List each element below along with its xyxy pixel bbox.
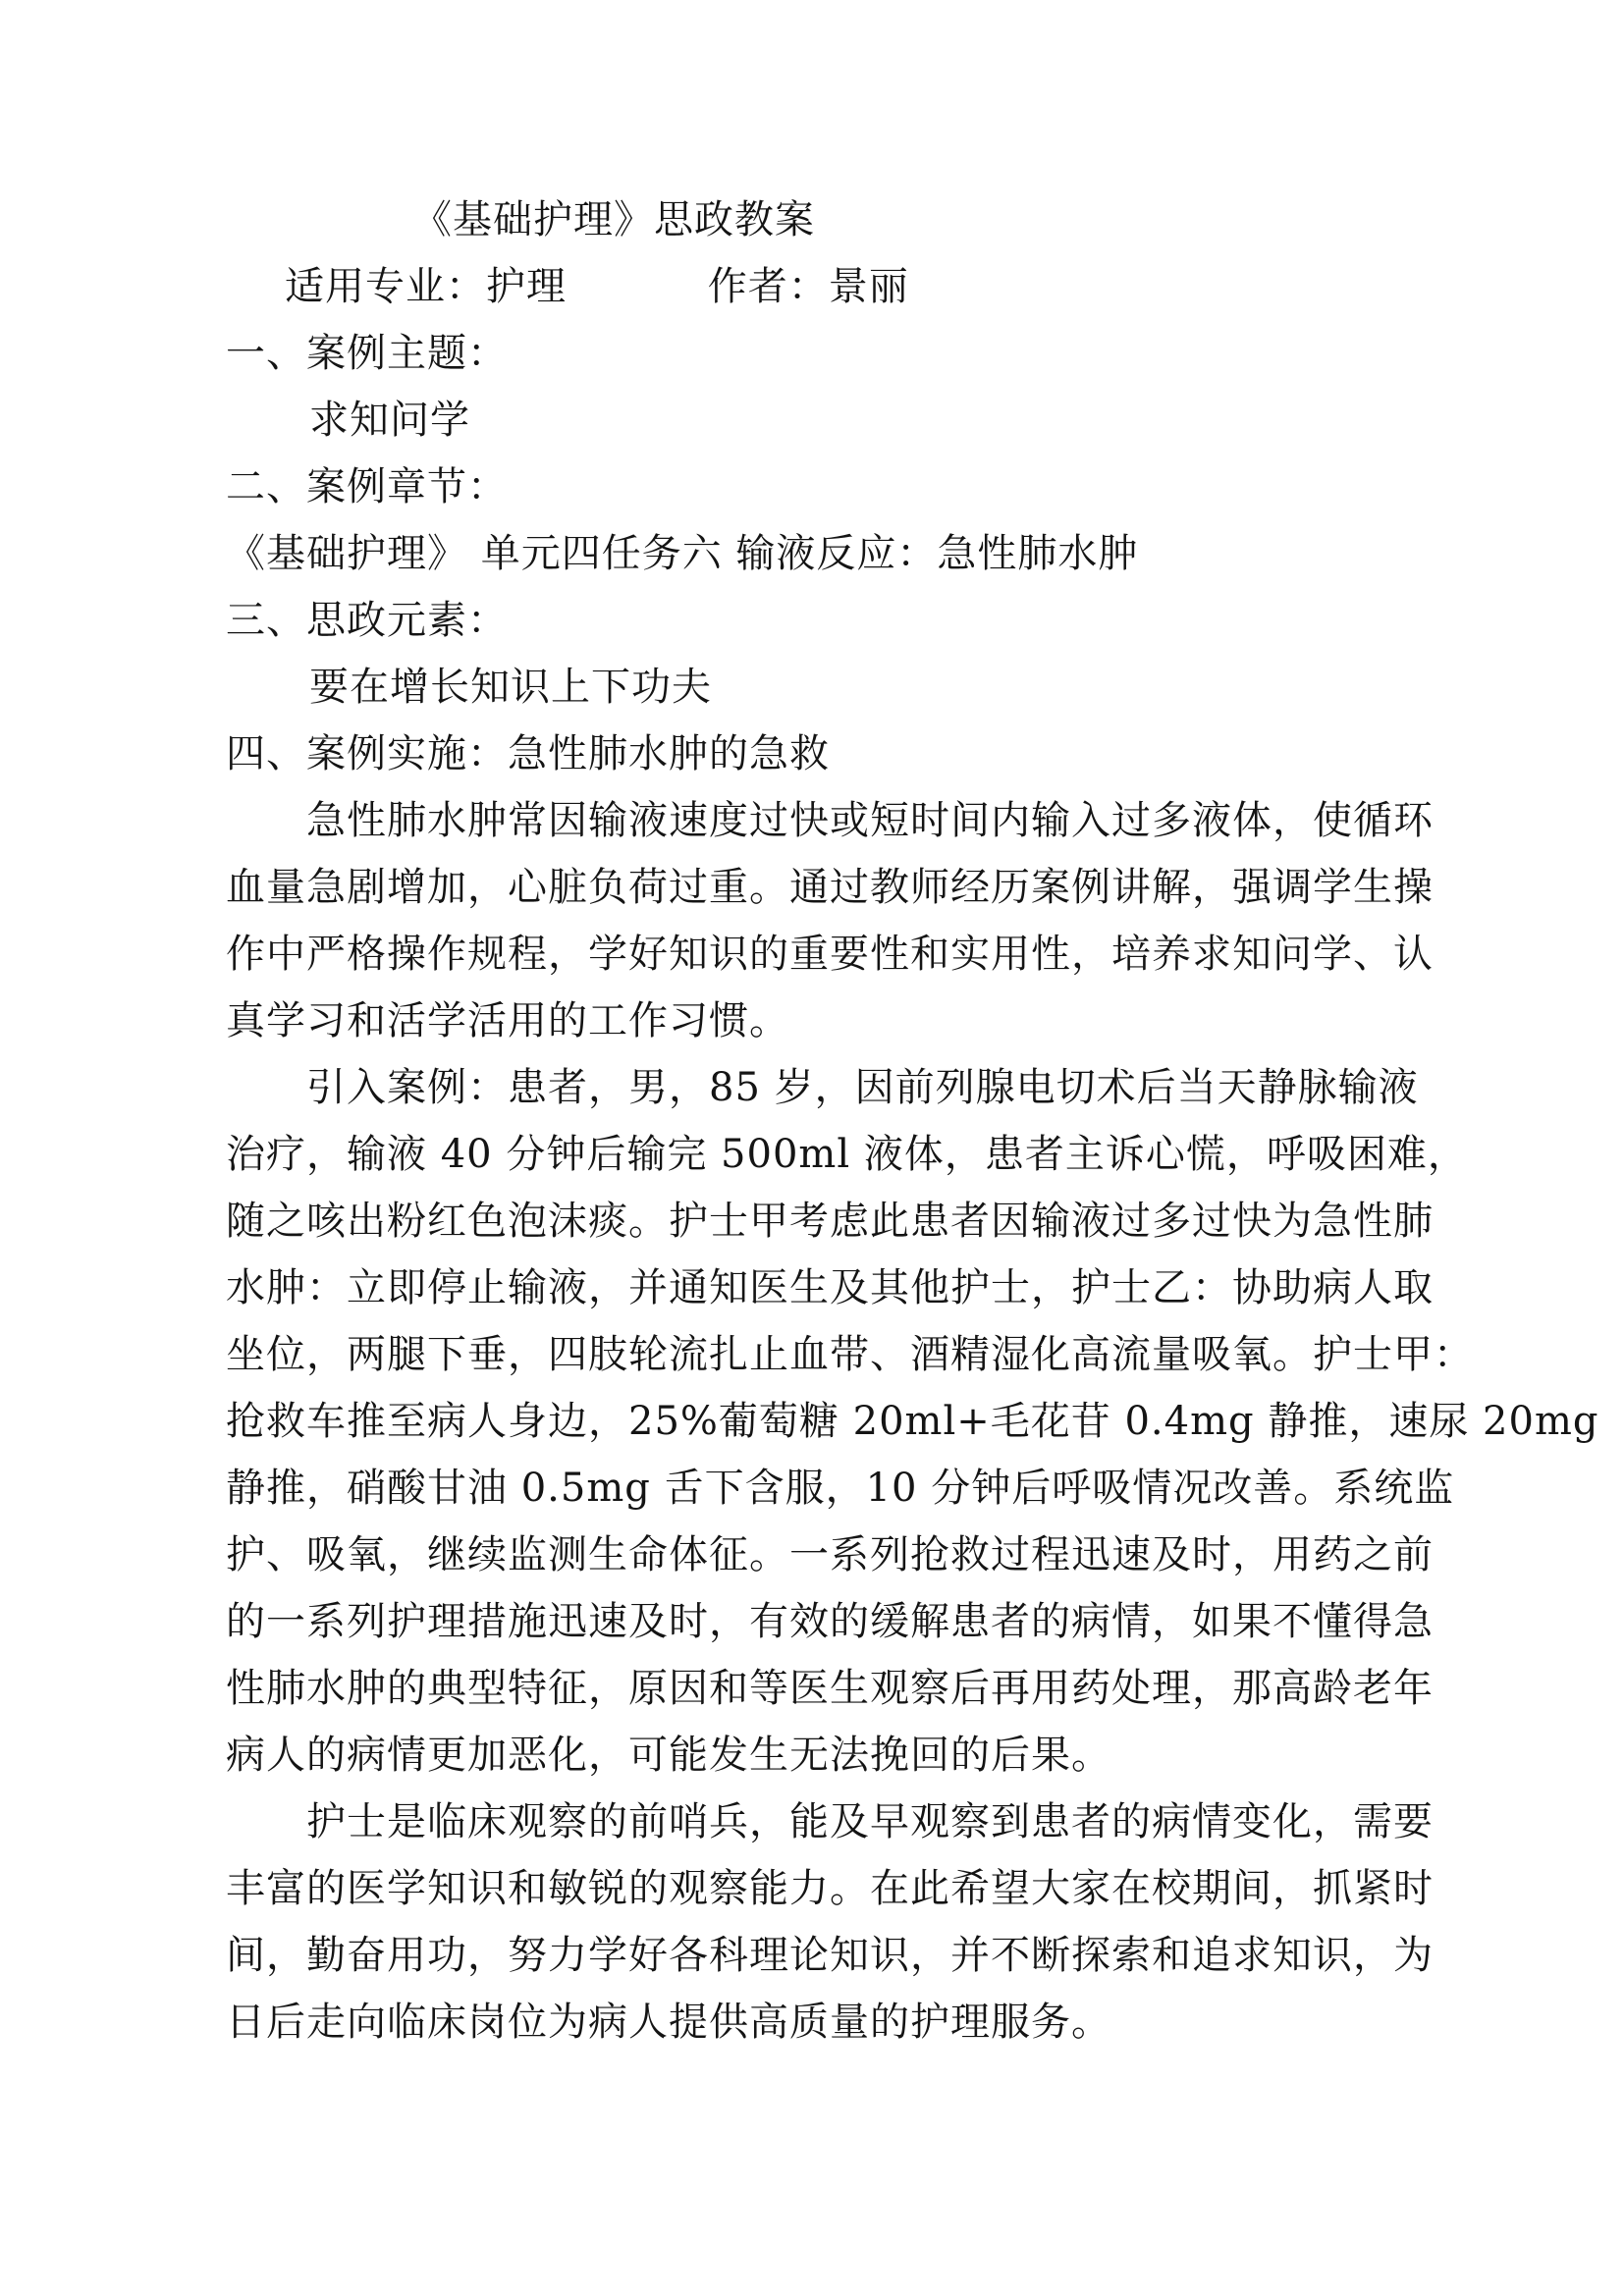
- text-line: 一、案例主题：: [226, 320, 1457, 387]
- text-line: 护、吸氧，继续监测生命体征。一系列抢救过程迅速及时，用药之前: [226, 1522, 1457, 1588]
- text-line: 要在增长知识上下功夫: [226, 654, 1457, 721]
- text-line: 作中严格操作规程，学好知识的重要性和实用性，培养求知问学、认: [226, 921, 1457, 988]
- text-line: 急性肺水肿常因输液速度过快或短时间内输入过多液体，使循环: [226, 787, 1457, 854]
- text-line: 抢救车推至病人身边，25%葡萄糖 20ml+毛花苷 0.4mg 静推，速尿 20…: [226, 1388, 1457, 1455]
- text-line: 水肿：立即停止输液，并通知医生及其他护士，护士乙：协助病人取: [226, 1255, 1457, 1321]
- text-line: 性肺水肿的典型特征，原因和等医生观察后再用药处理，那高龄老年: [226, 1655, 1457, 1722]
- text-line: 随之咳出粉红色泡沫痰。护士甲考虑此患者因输液过多过快为急性肺: [226, 1188, 1457, 1255]
- document-page: 《基础护理》思政教案 适用专业：护理 作者：景丽 一、案例主题：求知问学二、案例…: [0, 0, 1624, 2296]
- text-line: 病人的病情更加恶化，可能发生无法挽回的后果。: [226, 1722, 1457, 1789]
- text-line: 丰富的医学知识和敏锐的观察能力。在此希望大家在校期间，抓紧时: [226, 1855, 1457, 1922]
- meta-author: 作者：景丽: [708, 264, 909, 309]
- text-line: 坐位，两腿下垂，四肢轮流扎止血带、酒精湿化高流量吸氧。护士甲：: [226, 1321, 1457, 1388]
- text-line: 二、案例章节：: [226, 454, 1457, 520]
- text-line: 间，勤奋用功，努力学好各科理论知识，并不断探索和追求知识，为: [226, 1922, 1457, 1989]
- text-line: 护士是临床观察的前哨兵，能及早观察到患者的病情变化，需要: [226, 1789, 1457, 1855]
- document-meta-line: 适用专业：护理 作者：景丽: [226, 253, 1457, 320]
- text-line: 求知问学: [226, 387, 1457, 454]
- text-line: 真学习和活学活用的工作习惯。: [226, 988, 1457, 1054]
- text-line: 引入案例：患者，男，85 岁，因前列腺电切术后当天静脉输液: [226, 1054, 1457, 1121]
- document-body: 一、案例主题：求知问学二、案例章节：《基础护理》 单元四任务六 输液反应：急性肺…: [226, 320, 1457, 2056]
- text-line: 四、案例实施：急性肺水肿的急救: [226, 721, 1457, 787]
- text-line: 血量急剧增加，心脏负荷过重。通过教师经历案例讲解，强调学生操: [226, 854, 1457, 921]
- meta-specialty: 适用专业：护理: [285, 264, 567, 309]
- text-line: 三、思政元素：: [226, 587, 1457, 654]
- text-line: 的一系列护理措施迅速及时，有效的缓解患者的病情，如果不懂得急: [226, 1588, 1457, 1655]
- text-line: 静推，硝酸甘油 0.5mg 舌下含服，10 分钟后呼吸情况改善。系统监: [226, 1455, 1457, 1522]
- text-line: 《基础护理》 单元四任务六 输液反应：急性肺水肿: [226, 520, 1457, 587]
- text-line: 治疗，输液 40 分钟后输完 500ml 液体，患者主诉心慌，呼吸困难，: [226, 1121, 1457, 1188]
- document-title: 《基础护理》思政教案: [226, 187, 1457, 253]
- text-line: 日后走向临床岗位为病人提供高质量的护理服务。: [226, 1989, 1457, 2056]
